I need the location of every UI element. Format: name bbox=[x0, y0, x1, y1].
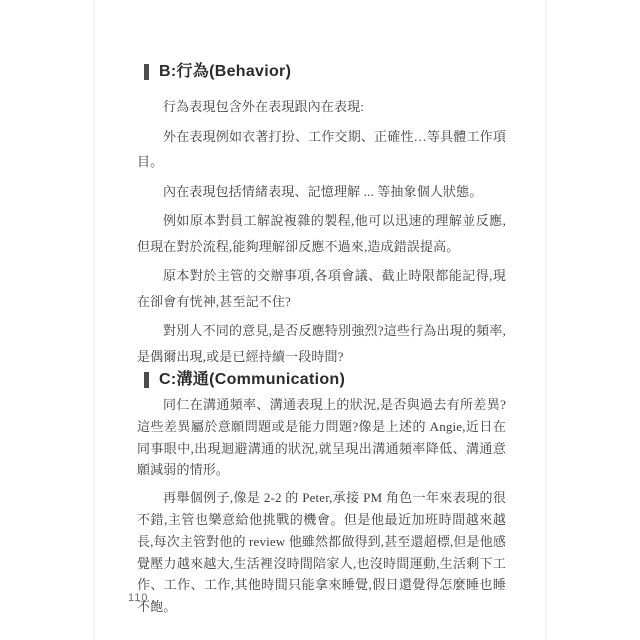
paragraph-communication-angie: 同仁在溝通頻率、溝通表現上的狀況,是否與過去有所差異?這些差異屬於意願問題或是能… bbox=[137, 394, 506, 481]
section-behavior: B:行為(Behavior) 行為表現包含外在表現跟內在表現: 外在表現例如衣著… bbox=[137, 63, 506, 369]
paragraph-behavior-example-2: 原本對於主管的交辦事項,各項會議、截止時限都能記得,現在卻會有恍神,甚至記不住? bbox=[137, 263, 506, 314]
paragraph-external-behavior: 外在表現例如衣著打扮、工作交期、正確性…等具體工作項目。 bbox=[137, 124, 506, 175]
page-content: B:行為(Behavior) 行為表現包含外在表現跟內在表現: 外在表現例如衣著… bbox=[137, 63, 506, 618]
heading-bar-icon bbox=[144, 372, 149, 388]
book-page: B:行為(Behavior) 行為表現包含外在表現跟內在表現: 外在表現例如衣著… bbox=[0, 0, 640, 640]
section-heading-behavior: B:行為(Behavior) bbox=[137, 63, 506, 81]
paragraph-communication-peter: 再舉個例子,像是 2-2 的 Peter,承接 PM 角色一年來表現的很不錯,主… bbox=[137, 487, 506, 618]
paragraph-behavior-intro: 行為表現包含外在表現跟內在表現: bbox=[137, 94, 506, 120]
paragraph-internal-behavior: 內在表現包括情緒表現、記憶理解 ... 等抽象個人狀態。 bbox=[137, 179, 506, 205]
page-edge-left bbox=[93, 0, 95, 640]
section-heading-communication-text: C:溝通(Communication) bbox=[159, 371, 345, 389]
paragraph-behavior-example-1: 例如原本對員工解說複雜的製程,他可以迅速的理解並反應,但現在對於流程,能夠理解卻… bbox=[137, 208, 506, 259]
paragraph-behavior-example-3: 對別人不同的意見,是否反應特別強烈?這些行為出現的頻率,是偶爾出現,或是已經持續… bbox=[137, 318, 506, 369]
heading-bar-icon bbox=[144, 64, 149, 80]
section-communication: C:溝通(Communication) 同仁在溝通頻率、溝通表現上的狀況,是否與… bbox=[137, 371, 506, 618]
section-heading-behavior-text: B:行為(Behavior) bbox=[159, 63, 291, 81]
section-heading-communication: C:溝通(Communication) bbox=[137, 371, 506, 389]
page-edge-right bbox=[545, 0, 547, 640]
page-number: 110 bbox=[128, 592, 149, 604]
